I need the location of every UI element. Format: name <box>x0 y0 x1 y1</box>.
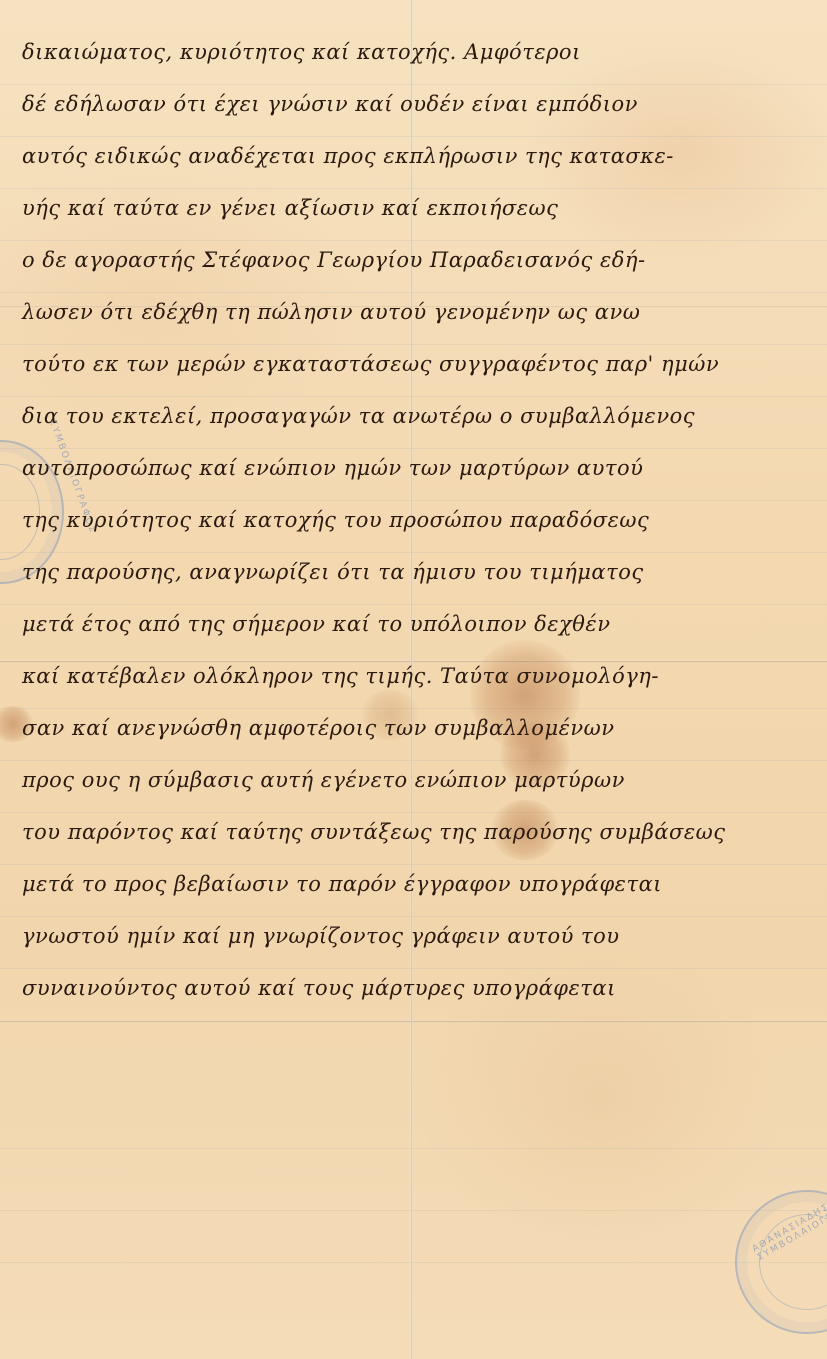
document-page: ΣΥΜΒΟΛΑΙΟΓΡΑΦΟΣ ΑΘΑΝΑΣΙΑΔΗΣ ΣΥΜΒΟΛΑΙΟΓΡΑ… <box>0 0 827 1359</box>
ruled-line <box>0 344 827 345</box>
body-line-7: τούτο εκ των μερών εγκαταστάσεως συγγραφ… <box>22 352 719 376</box>
ruled-line <box>0 292 827 293</box>
body-line-18: γνωστού ημίν καί μη γνωρίζοντος γράφειν … <box>22 924 620 948</box>
body-line-5: ο δε αγοραστής Στέφανος Γεωργίου Παραδει… <box>22 248 646 272</box>
body-line-9: αυτοπροσώπως καί ενώπιον ημών των μαρτύρ… <box>22 456 643 480</box>
ruled-line <box>0 916 827 917</box>
ruled-line <box>0 500 827 501</box>
ruled-line <box>0 552 827 553</box>
ruled-line <box>0 188 827 189</box>
ruled-line <box>0 864 827 865</box>
body-line-15: προς ους η σύμβασις αυτή εγένετο ενώπιον… <box>22 768 625 792</box>
ruled-line <box>0 84 827 85</box>
ruled-line <box>0 240 827 241</box>
horizontal-fold <box>0 1020 827 1023</box>
body-line-10: της κυριότητος καί κατοχής του προσώπου … <box>22 508 649 532</box>
body-line-17: μετά το προς βεβαίωσιν το παρόν έγγραφον… <box>22 872 662 896</box>
ruled-line <box>0 812 827 813</box>
ruled-line <box>0 1262 827 1263</box>
ruled-line <box>0 1148 827 1149</box>
ruled-line <box>0 136 827 137</box>
body-line-19: συναινούντος αυτού καί τους μάρτυρες υπο… <box>22 976 616 1000</box>
body-line-14: σαν καί ανεγνώσθη αμφοτέροις των συμβαλλ… <box>22 716 615 740</box>
body-line-6: λωσεν ότι εδέχθη τη πώλησιν αυτού γενομέ… <box>22 300 640 324</box>
body-line-2: δέ εδήλωσαν ότι έχει γνώσιν καί ουδέν εί… <box>22 92 638 116</box>
right-notary-seal: ΑΘΑΝΑΣΙΑΔΗΣ ΣΥΜΒΟΛΑΙΟΓΡΑΦΟΣ <box>735 1190 827 1334</box>
ruled-line <box>0 968 827 969</box>
ruled-line <box>0 396 827 397</box>
body-line-3: αυτός ειδικώς αναδέχεται προς εκπλήρωσιν… <box>22 144 674 168</box>
body-line-1: δικαιώματος, κυριότητος καί κατοχής. Αμφ… <box>22 40 581 64</box>
ruled-line <box>0 604 827 605</box>
ruled-line <box>0 448 827 449</box>
body-line-12: μετά έτος από της σήμερον καί το υπόλοιπ… <box>22 612 610 636</box>
ruled-line <box>0 1210 827 1211</box>
ruled-line <box>0 760 827 761</box>
body-line-11: της παρούσης, αναγνωρίζει ότι τα ήμισυ τ… <box>22 560 644 584</box>
body-line-16: του παρόντος καί ταύτης συντάξεως της πα… <box>22 820 726 844</box>
body-line-8: δια του εκτελεί, προσαγαγών τα ανωτέρω ο… <box>22 404 695 428</box>
body-line-13: καί κατέβαλεν ολόκληρον της τιμής. Ταύτα… <box>22 664 659 688</box>
body-line-4: υής καί ταύτα εν γένει αξίωσιν καί εκποι… <box>22 196 558 220</box>
horizontal-fold <box>0 660 827 663</box>
